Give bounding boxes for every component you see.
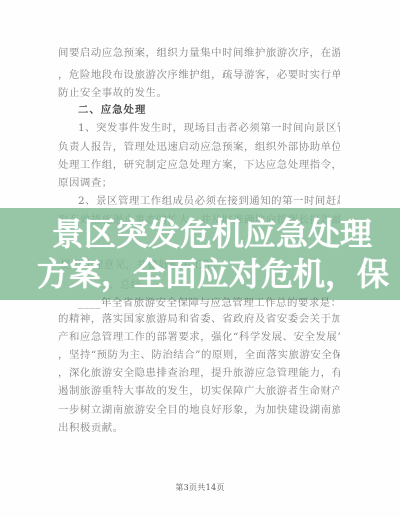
text-line: 原因调查； [58,176,340,190]
text-line: 2、景区管理工作组成员必须在接到通知的第一时间赶赴现场，采 [78,194,340,208]
text-line: 的精神，落实国家旅游局和省委、省政府及省安委会关于加强安全生 [58,312,340,326]
text-line: 间要启动应急预案，组织力量集中时间维护旅游次序，在游客密集区 [58,46,340,60]
text-line: 1、突发事件发生时，现场目击者必须第一时间向景区管理处理场 [78,121,340,135]
text-line: ，深化旅游安全隐患排查治理，提升旅游应急管理能力，有效防范和 [58,366,340,380]
text-line: 负责人报告，管理处迅速启动应急预案，组织外部协助单位组成应急 [58,140,340,154]
text-line: ，危险地段布设旅游次序维护组，疏导游客，必要时实行单向游览， [58,68,340,82]
text-line: 出积极贡献。 [58,421,340,435]
title-banner: 景区突发危机应急处理 方案，全面应对危机，保 [0,208,400,300]
text-line: 产和应急管理工作的部署要求，强化“科学发展、安全发展”的理念 [58,330,340,344]
section-heading: 二、应急处理 [78,103,360,117]
document-page: 间要启动应急预案，组织力量集中时间维护旅游次序，在游客密集区 ，危险地段布设旅游… [0,0,400,517]
banner-title-line-2: 方案，全面应对危机，保 [0,254,400,294]
text-line: 防止安全事故的发生。 [58,86,340,100]
banner-title-line-1: 景区突发危机应急处理 [0,214,400,254]
banner-title: 景区突发危机应急处理 方案，全面应对危机，保 [0,208,400,294]
text-line: 遏制旅游重特大事故的发生，切实保障广大旅游者生命财产安全，进 [58,384,340,398]
text-line: ，坚持“预防为主、防治结合”的原则，全面落实旅游安全保障责任 [58,348,340,362]
page-number: 第3页共14页 [0,482,400,493]
text-line: 一步树立湖南旅游安全目的地良好形象，为加快建设湖南旅游强省作 [58,403,340,417]
text-line: 处理工作组，研究制定应急处理方案，下达应急处理指令，展开事故 [58,158,340,172]
text-line: ____年全省旅游安全保障与应急管理工作总的要求是：深入贯彻党 [78,296,340,310]
